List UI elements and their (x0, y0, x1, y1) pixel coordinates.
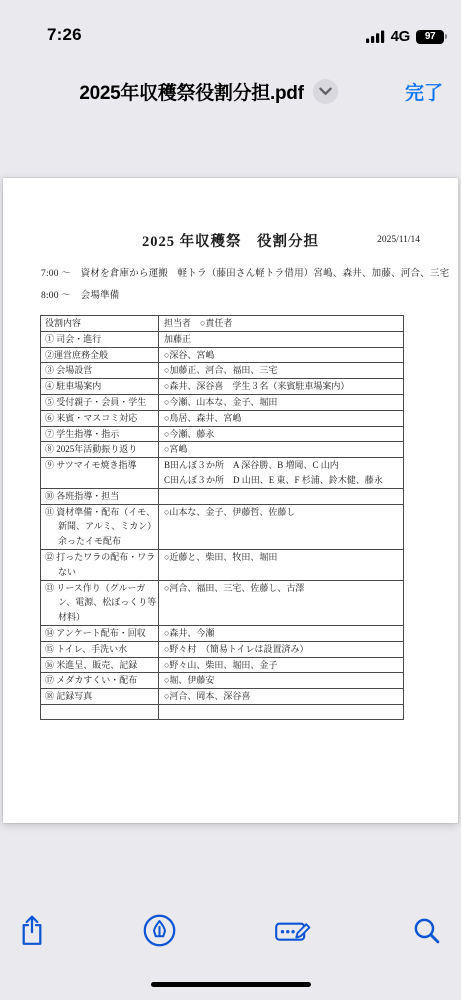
role-cell: ⑥ 来賓・マスコミ対応 (41, 410, 159, 426)
role-cell: ⑬ リース作り（グルーガン、電源、松ぼっくり等材料） (41, 580, 159, 625)
roles-table-body: ① 司会・進行加藤正②運営庶務全般○深谷、宮嶋③ 会場設営○加藤正、河合、福田、… (41, 331, 404, 719)
assignees-cell: ○深谷、宮嶋 (159, 347, 404, 363)
home-indicator[interactable] (151, 982, 311, 987)
role-cell: ④ 駐車場案内 (41, 379, 159, 395)
role-cell: ⑧ 2025年活動振り返り (41, 442, 159, 458)
assignees-cell: ○宮嶋 (159, 442, 404, 458)
assignees-cell: ○今瀬、藤永 (159, 426, 404, 442)
pdf-page: 2025 年収穫祭 役割分担 2025/11/14 7:00 ～ 資材を倉庫から… (3, 178, 458, 823)
role-cell: ⑮ トイレ、手洗い水 (41, 641, 159, 657)
status-bar: 7:26 4G 97 (0, 0, 461, 54)
assignees-cell: ○近藤と、柴田、牧田、堀田 (159, 549, 404, 580)
markup-icon (142, 913, 177, 948)
screen: 7:26 4G 97 2025年収穫祭役割分担.pdf 完了 (0, 0, 461, 1000)
share-icon (19, 914, 45, 947)
assignees-cell: ○森井、今瀬 (159, 625, 404, 641)
search-icon (411, 915, 442, 946)
assignees-cell: ○堀、伊藤安 (159, 673, 404, 689)
table-row: ⑤ 受付親子・会員・学生○今瀬、山本な、金子、堀田 (41, 394, 404, 410)
assignees-cell: ○野々村 （簡易トイレは設置済み） (159, 641, 404, 657)
table-header-row: 役割内容 担当者 ○責任者 (41, 316, 404, 332)
table-row (41, 704, 404, 719)
done-button[interactable]: 完了 (405, 78, 443, 105)
table-row: ⑩ 各班指導・担当 (41, 488, 404, 504)
table-row: ⑮ トイレ、手洗い水○野々村 （簡易トイレは設置済み） (41, 641, 404, 657)
assignees-cell: 加藤正 (159, 331, 404, 347)
role-cell: ⑪ 資材準備・配布（イモ、新聞、アルミ、ミカン）余ったイモ配布 (41, 504, 159, 549)
markup-button[interactable] (142, 913, 177, 948)
document-title: 2025年収穫祭役割分担.pdf (79, 78, 303, 105)
role-cell (41, 704, 159, 719)
assignees-cell (159, 488, 404, 504)
table-row: ⑰ メダカすくい・配布○堀、伊藤安 (41, 673, 404, 689)
table-row: ⑫ 打ったワラの配布・ワラない○近藤と、柴田、牧田、堀田 (41, 549, 404, 580)
assignees-cell: ○山本な、金子、伊藤哲、佐藤し (159, 504, 404, 549)
role-cell: ②運営庶務全般 (41, 347, 159, 363)
table-row: ⑪ 資材準備・配布（イモ、新聞、アルミ、ミカン）余ったイモ配布○山本な、金子、伊… (41, 504, 404, 549)
role-cell: ③ 会場設営 (41, 363, 159, 379)
table-row: ⑦ 学生指導・指示○今瀬、藤永 (41, 426, 404, 442)
role-cell: ① 司会・進行 (41, 331, 159, 347)
header-role: 役割内容 (41, 316, 159, 332)
status-right-cluster: 4G 97 (366, 28, 444, 45)
table-row: ⑨ サツマイモ焼き指導B田んぼ３か所 A 深谷勝、B 増岡、C 山内 C田んぼ３… (41, 458, 404, 489)
assignees-cell: B田んぼ３か所 A 深谷勝、B 増岡、C 山内 C田んぼ３か所 D 山田、E 東… (159, 458, 404, 489)
role-cell: ⑦ 学生指導・指示 (41, 426, 159, 442)
share-button[interactable] (19, 914, 45, 947)
bottom-toolbar (0, 895, 461, 965)
role-cell: ⑱ 記録写真 (41, 689, 159, 705)
role-cell: ⑰ メダカすくい・配布 (41, 673, 159, 689)
chevron-down-icon (319, 87, 332, 96)
network-type-label: 4G (391, 28, 410, 45)
schedule-line-2: 8:00 ～ 会場準備 (41, 290, 458, 303)
schedule-line-1: 7:00 ～ 資材を倉庫から運搬 軽トラ（藤田さん軽トラ借用）宮嶋、森井、加藤、… (41, 268, 458, 281)
status-time: 7:26 (47, 25, 82, 45)
role-cell: ⑨ サツマイモ焼き指導 (41, 458, 159, 489)
table-row: ⑧ 2025年活動振り返り○宮嶋 (41, 442, 404, 458)
assignees-cell: ○加藤正、河合、福田、三宅 (159, 363, 404, 379)
nav-bar: 2025年収穫祭役割分担.pdf 完了 (0, 58, 461, 124)
battery-percent: 97 (425, 31, 435, 42)
table-row: ⑱ 記録写真○河合、岡本、深谷喜 (41, 689, 404, 705)
role-cell: ⑫ 打ったワラの配布・ワラない (41, 549, 159, 580)
assignees-cell: ○鳥居、森井、宮嶋 (159, 410, 404, 426)
roles-table: 役割内容 担当者 ○責任者 ① 司会・進行加藤正②運営庶務全般○深谷、宮嶋③ 会… (40, 315, 404, 720)
document-title-group: 2025年収穫祭役割分担.pdf (18, 78, 399, 105)
role-cell: ⑭ アンケート配布・回収 (41, 625, 159, 641)
battery-indicator: 97 (416, 30, 444, 44)
table-row: ① 司会・進行加藤正 (41, 331, 404, 347)
table-row: ⑥ 来賓・マスコミ対応○鳥居、森井、宮嶋 (41, 410, 404, 426)
table-row: ⑬ リース作り（グルーガン、電源、松ぼっくり等材料）○河合、福田、三宅、佐藤し、… (41, 580, 404, 625)
doc-header: 2025 年収穫祭 役割分担 2025/11/14 (3, 230, 458, 252)
table-row: ⑯ 米進呈、販売、記録○野々山、柴田、堀田、金子 (41, 657, 404, 673)
title-menu-button[interactable] (313, 79, 338, 104)
signal-strength-icon (366, 30, 385, 43)
role-cell: ⑯ 米進呈、販売、記録 (41, 657, 159, 673)
search-button[interactable] (411, 915, 442, 946)
assignees-cell (159, 704, 404, 719)
table-row: ③ 会場設営○加藤正、河合、福田、三宅 (41, 363, 404, 379)
battery-nub (445, 34, 447, 39)
assignees-cell: ○野々山、柴田、堀田、金子 (159, 657, 404, 673)
header-assignees: 担当者 ○責任者 (159, 316, 404, 332)
assignees-cell: ○森井、深谷喜 学生３名（来賓駐車場案内） (159, 379, 404, 395)
table-row: ②運営庶務全般○深谷、宮嶋 (41, 347, 404, 363)
assignees-cell: ○今瀬、山本な、金子、堀田 (159, 394, 404, 410)
role-cell: ⑤ 受付親子・会員・学生 (41, 394, 159, 410)
form-fill-button[interactable] (274, 915, 314, 946)
table-row: ④ 駐車場案内○森井、深谷喜 学生３名（来賓駐車場案内） (41, 379, 404, 395)
form-fill-icon (274, 915, 314, 946)
doc-date: 2025/11/14 (377, 235, 420, 245)
assignees-cell: ○河合、福田、三宅、佐藤し、古澤 (159, 580, 404, 625)
assignees-cell: ○河合、岡本、深谷喜 (159, 689, 404, 705)
role-cell: ⑩ 各班指導・担当 (41, 488, 159, 504)
table-row: ⑭ アンケート配布・回収○森井、今瀬 (41, 625, 404, 641)
